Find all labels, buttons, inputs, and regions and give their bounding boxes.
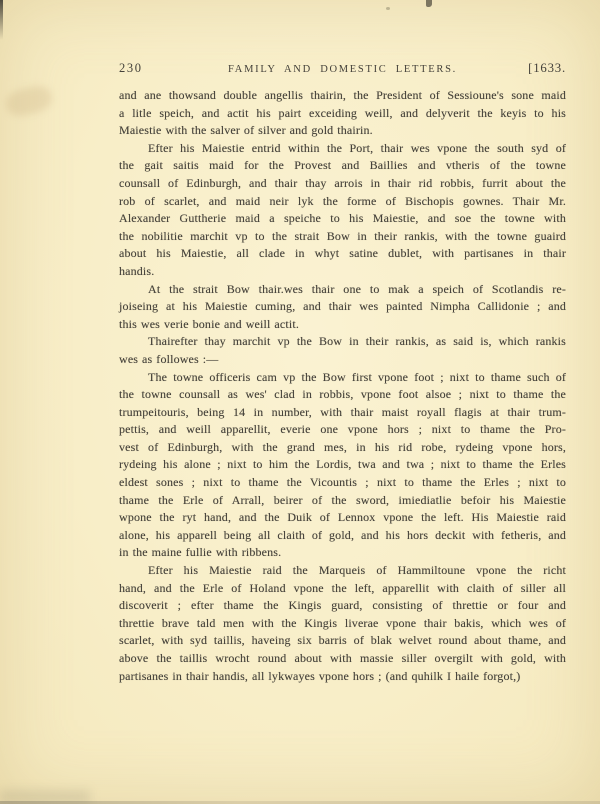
text-line: eldest sones ; nixt to thame the Vicount… <box>119 474 566 492</box>
text-line: threttie brave tald men with the Kingis … <box>119 615 566 633</box>
text-line: pettis, and weill apparellit, everie one… <box>119 421 566 439</box>
text-line: about his Maiestie, all clade in whyt sa… <box>119 245 566 263</box>
text-line: trumpeitouris, being 14 in number, with … <box>119 404 566 422</box>
text-line: Alexander Guttherie maid a speiche to hi… <box>119 210 566 228</box>
text-line: wes as followes :— <box>119 351 566 369</box>
paper-stain <box>4 83 55 119</box>
scan-edge-artifact <box>426 0 432 7</box>
text-line: scarlet, with syd taillis, haveing six b… <box>119 632 566 650</box>
page-header: 230 FAMILY AND DOMESTIC LETTERS. [1633. <box>119 61 566 76</box>
text-line: Maiestie with the salver of silver and g… <box>119 122 566 140</box>
scan-edge-artifact <box>0 0 3 40</box>
text-line: joiseing at his Maiestie cuming, and tha… <box>119 298 566 316</box>
paper-speck <box>386 7 390 10</box>
text-line: handis. <box>119 263 566 281</box>
text-line: vest of Edinburgh, with the grand mes, i… <box>119 439 566 457</box>
text-line: the towne counsall as wes' clad in robbi… <box>119 386 566 404</box>
book-page-scan: 230 FAMILY AND DOMESTIC LETTERS. [1633. … <box>0 0 600 804</box>
text-line: this wes verie bonie and weill actit. <box>119 316 566 334</box>
text-line: Thairefter thay marchit vp the Bow in th… <box>119 333 566 351</box>
text-line: Efter his Maiestie raid the Marqueis of … <box>119 562 566 580</box>
text-line: and ane thowsand double angellis thairin… <box>119 87 566 105</box>
text-line: thame the Erle of Arrall, beirer of the … <box>119 492 566 510</box>
text-line: above the taillis wrocht round about wit… <box>119 650 566 668</box>
text-line: discoverit ; efter thame the Kingis guar… <box>119 597 566 615</box>
text-line: a litle speich, and actit his pairt exce… <box>119 105 566 123</box>
text-line: wpone the ryt hand, and the Duik of Lenn… <box>119 509 566 527</box>
text-line: hand, and the Erle of Holand vpone the l… <box>119 580 566 598</box>
text-line: the gait saitis maid for the Provest and… <box>119 157 566 175</box>
text-line: in the maine fullie with ribbens. <box>119 544 566 562</box>
text-line: At the strait Bow thair.wes thair one to… <box>119 281 566 299</box>
text-line: counsall of Edinburgh, and thair thay ar… <box>119 175 566 193</box>
text-line: rob of scarlet, and maid neir lyk the fo… <box>119 193 566 211</box>
page-number: 230 <box>119 61 143 76</box>
text-line: partisanes in thair handis, all lykwayes… <box>119 668 566 686</box>
text-line: alone, his apparell being all claith of … <box>119 527 566 545</box>
running-title: FAMILY AND DOMESTIC LETTERS. <box>228 64 457 75</box>
page-body: and ane thowsand double angellis thairin… <box>119 87 566 685</box>
text-line: The towne officeris cam vp the Bow first… <box>119 369 566 387</box>
text-line: the nobilitie marchit vp to the strait B… <box>119 228 566 246</box>
text-line: Efter his Maiestie entrid within the Por… <box>119 140 566 158</box>
year-marker: [1633. <box>528 61 566 76</box>
text-line: rydeing his alone ; nixt to him the Lord… <box>119 456 566 474</box>
printed-area: 230 FAMILY AND DOMESTIC LETTERS. [1633. … <box>119 61 566 685</box>
